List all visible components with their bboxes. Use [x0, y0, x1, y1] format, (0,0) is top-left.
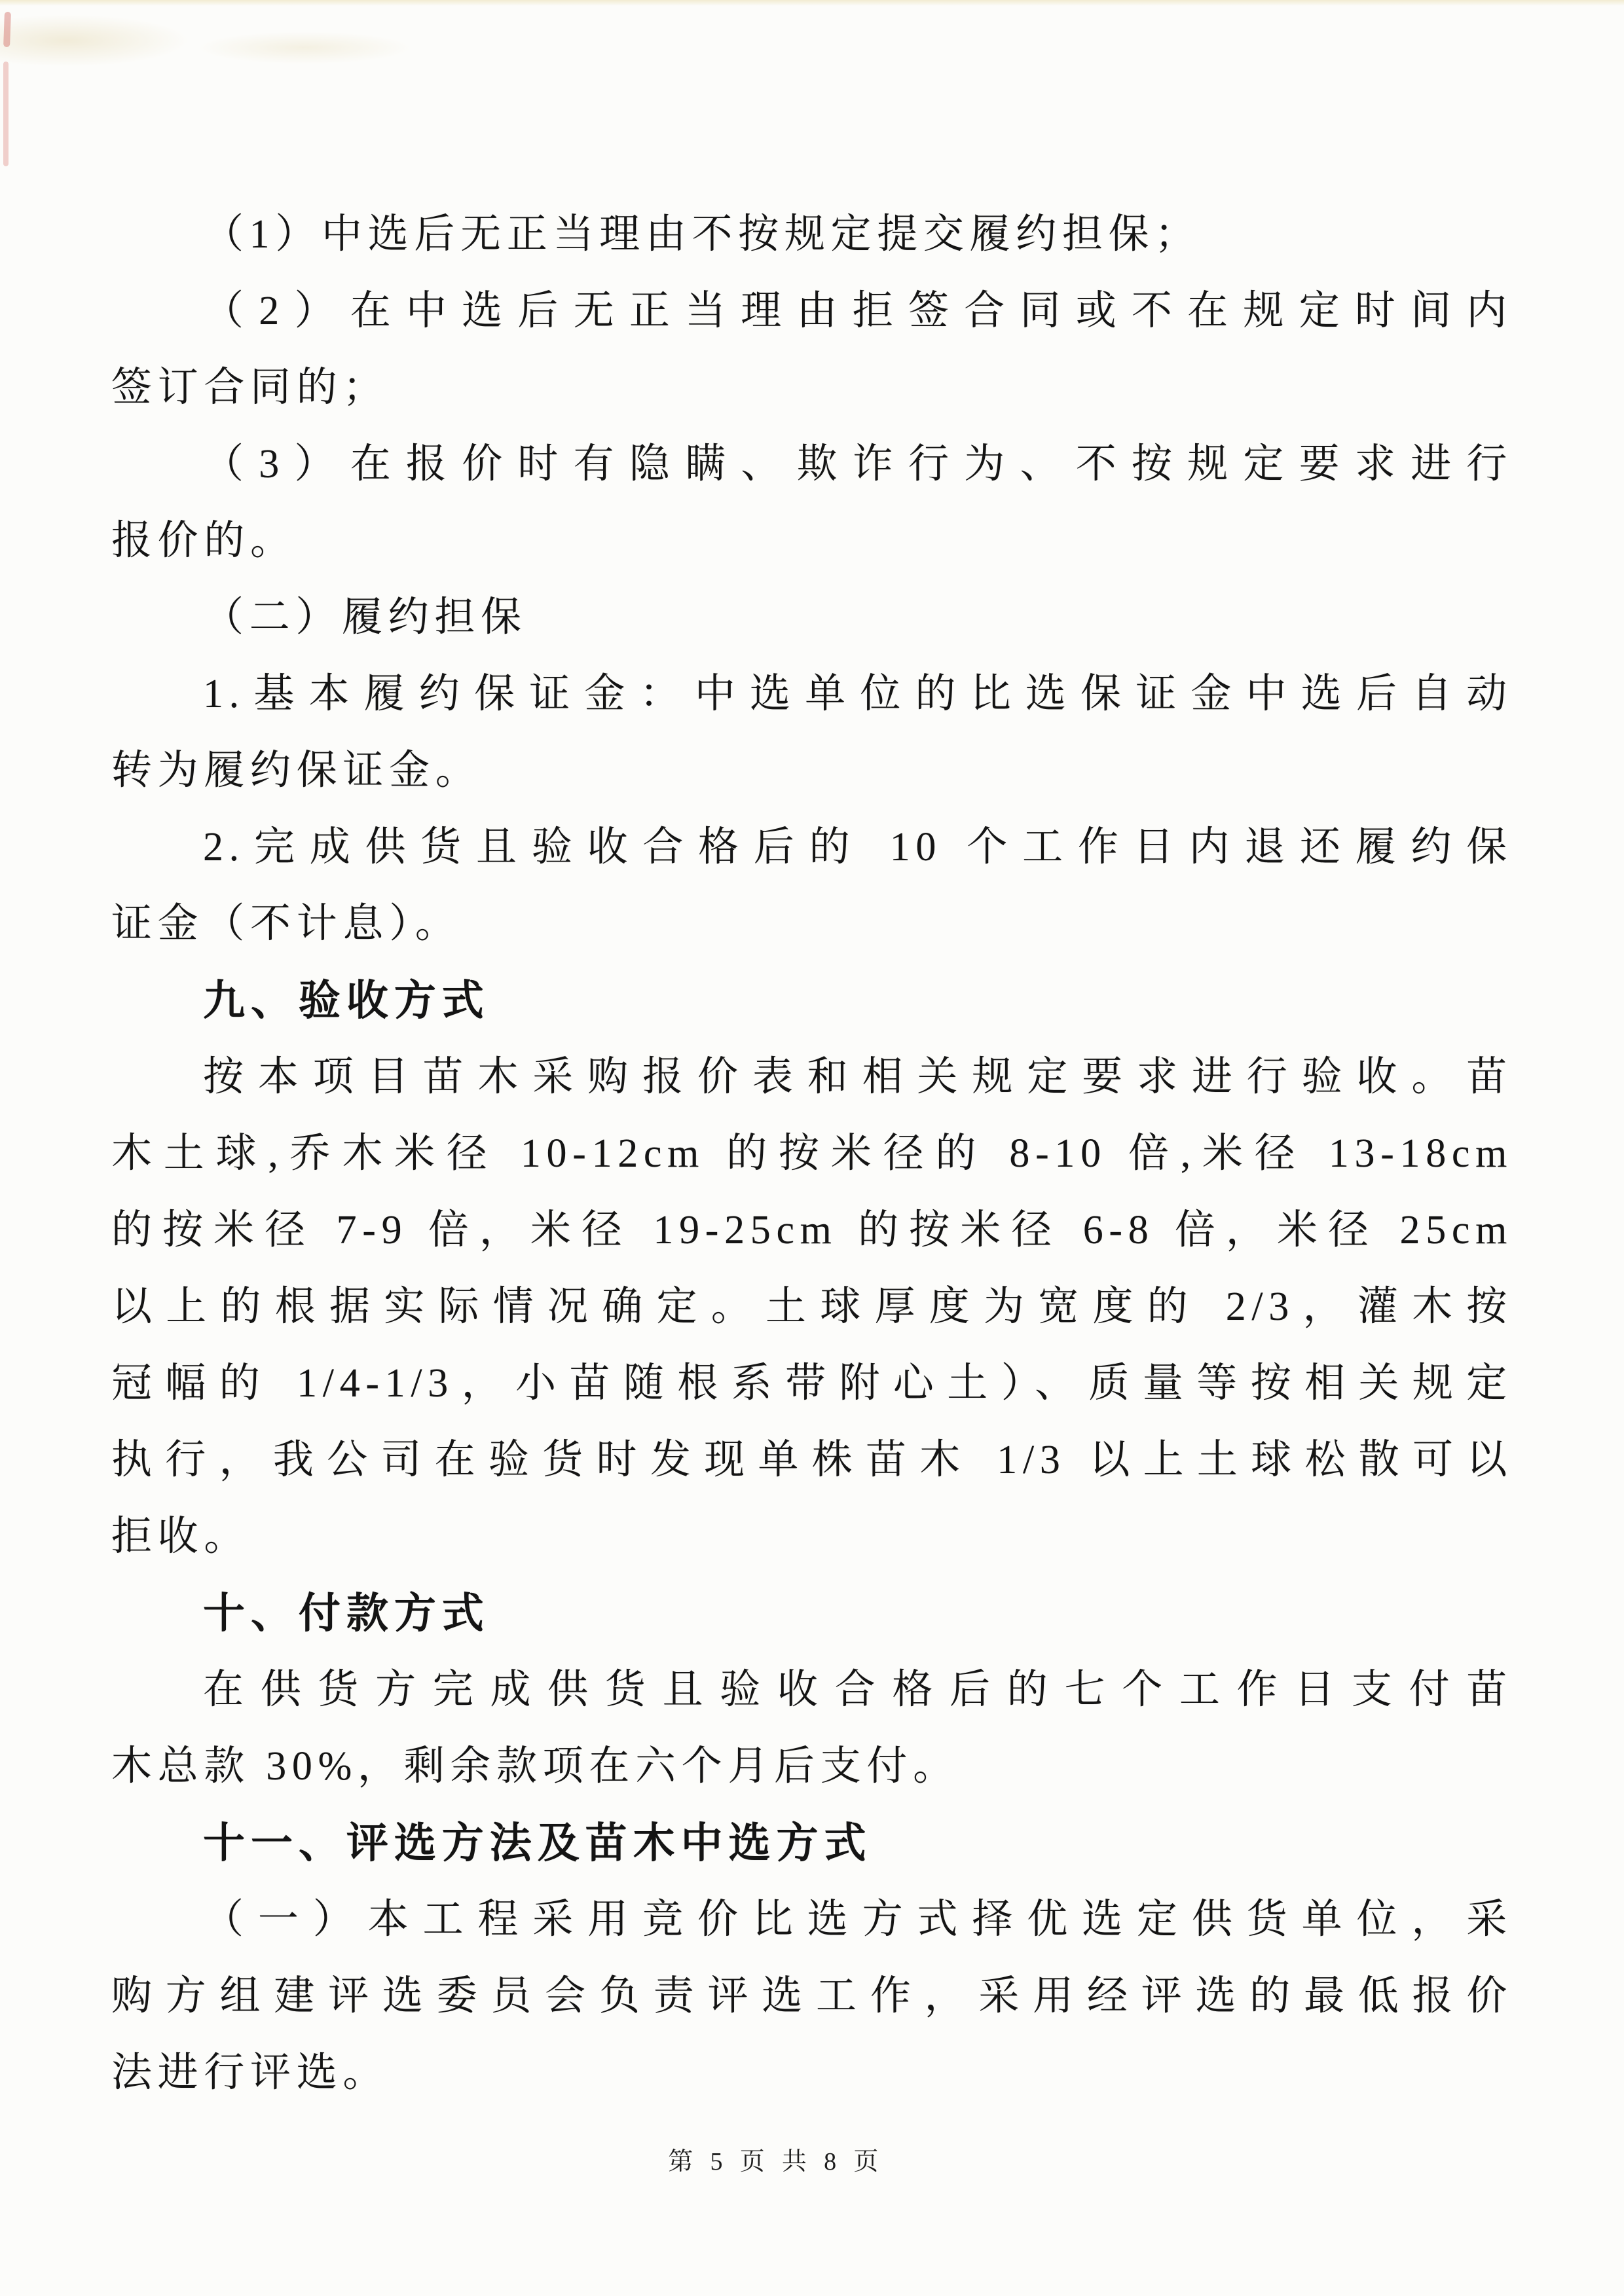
text-line: （二）履约担保	[111, 579, 1513, 656]
text-line: 签订合同的；	[111, 350, 1513, 426]
text-line: 报价的。	[111, 503, 1513, 579]
red-edge-mark	[3, 62, 9, 166]
text-line: 木土球,乔木米径 10-12cm 的按米径的 8-10 倍,米径 13-18cm	[111, 1116, 1513, 1192]
text-line: 执行，我公司在验货时发现单株苗木 1/3 以上土球松散可以	[111, 1422, 1513, 1499]
section-heading: 十、付款方式	[111, 1575, 1513, 1652]
text-line: 在供货方完成供货且验收合格后的七个工作日支付苗	[111, 1652, 1513, 1728]
text-line: 购方组建评选委员会负责评选工作，采用经评选的最低报价	[111, 1958, 1513, 2035]
section-heading: 九、验收方式	[111, 962, 1513, 1039]
text-line: （1）中选后无正当理由不按规定提交履约担保；	[111, 196, 1513, 273]
text-line: 的按米径 7-9 倍，米径 19-25cm 的按米径 6-8 倍，米径 25cm	[111, 1192, 1513, 1269]
text-line: 拒收。	[111, 1499, 1513, 1575]
scan-smudge	[0, 14, 190, 67]
text-line: （2）在中选后无正当理由拒签合同或不在规定时间内	[111, 273, 1513, 350]
document-page: （1）中选后无正当理由不按规定提交履约担保；（2）在中选后无正当理由拒签合同或不…	[0, 0, 1624, 2296]
section-heading: 十一、评选方法及苗木中选方式	[111, 1805, 1513, 1882]
text-line: 证金（不计息）。	[111, 886, 1513, 962]
scan-smudge	[196, 31, 413, 64]
text-line: 冠幅的 1/4-1/3，小苗随根系带附心土）、质量等按相关规定	[111, 1345, 1513, 1422]
text-line: （一）本工程采用竞价比选方式择优选定供货单位，采	[111, 1882, 1513, 1958]
text-line: 1.基本履约保证金：中选单位的比选保证金中选后自动	[111, 656, 1513, 733]
scan-top-edge-artifact	[0, 0, 1624, 6]
page-number-footer: 第 5 页 共 8 页	[0, 2142, 1552, 2181]
text-line: 转为履约保证金。	[111, 733, 1513, 809]
text-line: 按本项目苗木采购报价表和相关规定要求进行验收。苗	[111, 1039, 1513, 1116]
document-body: （1）中选后无正当理由不按规定提交履约担保；（2）在中选后无正当理由拒签合同或不…	[111, 196, 1513, 2111]
red-edge-mark	[3, 12, 11, 47]
text-line: 以上的根据实际情况确定。土球厚度为宽度的 2/3，灌木按	[111, 1269, 1513, 1345]
text-line: （3）在报价时有隐瞒、欺诈行为、不按规定要求进行	[111, 426, 1513, 503]
text-line: 木总款 30%，剩余款项在六个月后支付。	[111, 1728, 1513, 1805]
text-line: 2.完成供货且验收合格后的 10 个工作日内退还履约保	[111, 809, 1513, 886]
text-line: 法进行评选。	[111, 2035, 1513, 2111]
